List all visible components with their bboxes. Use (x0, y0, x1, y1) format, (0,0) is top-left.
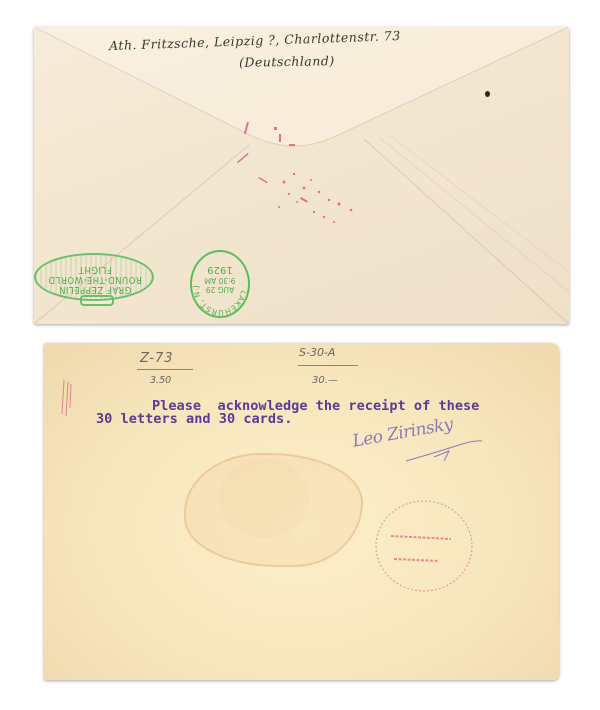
postmark-date: AUG 29 (192, 285, 248, 294)
red-mark (58, 378, 76, 418)
postmark-center: AUG 29 9:30 AM 1929 (192, 265, 248, 294)
pencil-note-z73: Z-73 (140, 351, 174, 366)
postmark-year: 1929 (192, 265, 248, 274)
red-ink-smudge (229, 122, 369, 232)
signature-flourish (404, 435, 484, 465)
envelope-back: Ath. Fritzsche, Leipzig ?, Charlottenstr… (34, 27, 569, 324)
pencil-note-30: 30.— (312, 375, 338, 386)
typed-message-line2: 30 letters and 30 cards. (96, 411, 292, 427)
return-address-line2: (Deutschland) (239, 53, 335, 70)
cachet-line1: GRAF ZEPPELIN (36, 284, 154, 294)
red-postmark-faded (369, 491, 479, 601)
pencil-note-s30a: S-30-A (299, 346, 335, 359)
cachet-line2: ROUND-THE-WORLD (36, 274, 154, 284)
postcard-back: Z-73 3.50 S-30-A 30.— Please acknowledge… (44, 343, 559, 680)
ink-spot (485, 91, 490, 97)
water-stain-inner (219, 458, 309, 538)
pencil-note-price: 3.50 (150, 375, 171, 386)
graf-zeppelin-cachet: GRAF ZEPPELIN ROUND-THE-WORLD FLIGHT (34, 255, 154, 305)
postmark-time: 9:30 AM (192, 276, 248, 285)
lakehurst-postmark: LAKEHURST, N.J. AUG 29 9:30 AM 1929 (190, 250, 250, 318)
cachet-line3: FLIGHT (36, 264, 154, 274)
pencil-underline (298, 365, 358, 366)
pencil-underline (137, 369, 193, 370)
